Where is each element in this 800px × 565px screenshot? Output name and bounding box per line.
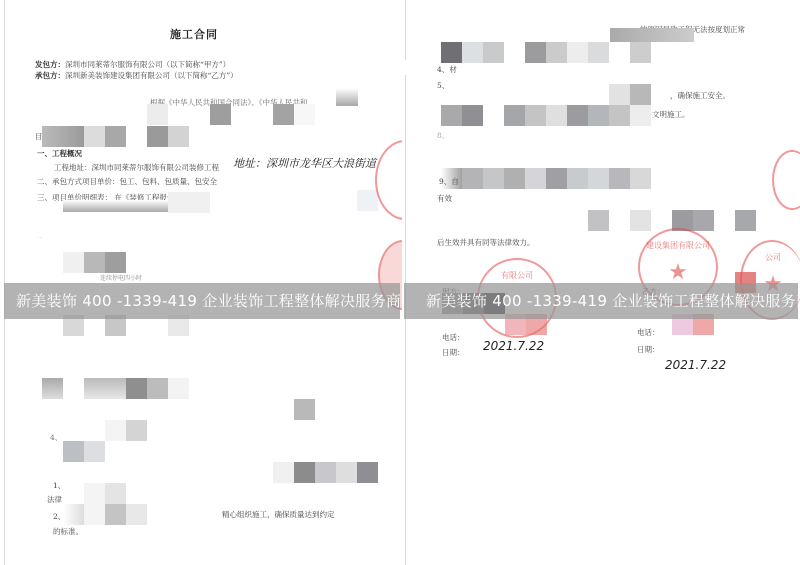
item8: 8、	[437, 131, 449, 141]
redaction-block	[357, 462, 378, 483]
redaction-block	[63, 504, 84, 525]
redaction-block	[105, 126, 126, 147]
seal-star-icon: ★	[640, 260, 716, 285]
redaction-block	[84, 504, 105, 525]
standard-line: 的标准。	[53, 527, 83, 537]
date-label-b: 日期：	[637, 345, 660, 355]
redaction-block	[483, 168, 504, 189]
redaction-block	[126, 378, 147, 399]
redaction-block	[630, 210, 651, 231]
watermark-banner: 新美装饰 400 -1339-419 企业装饰工程整体解决服务商！	[4, 283, 400, 319]
date-label-a: 日期：	[442, 348, 465, 358]
phone-label-b: 电话：	[637, 328, 660, 338]
redaction-block	[294, 104, 315, 125]
redaction-block	[462, 105, 483, 126]
party-a-line: 发包方：深圳市同莱蒂尔服饰有限公司（以下简称“甲方”）	[35, 60, 230, 70]
redaction-block	[63, 441, 84, 462]
redaction-block	[441, 42, 462, 63]
redaction-block	[42, 126, 84, 147]
project-address: 工程地址：深圳市同莱蒂尔服饰有限公司装修工程	[54, 163, 219, 173]
civilized-line: 文明施工。	[652, 110, 690, 120]
redaction-block	[42, 378, 63, 399]
item4: 4、材	[437, 65, 457, 75]
redaction-block	[168, 378, 189, 399]
redaction-block	[147, 104, 168, 125]
redaction-block	[336, 88, 358, 106]
section2: 二、承包方式项目单价：包工、包料、包质量、包安全	[37, 177, 217, 187]
partial-seal-text: 公司	[742, 252, 800, 263]
redaction-block	[504, 168, 525, 189]
redaction-block	[84, 483, 105, 504]
party-b-seal-text: 建设集团有限公司	[640, 240, 716, 251]
redaction-block	[462, 168, 483, 189]
handwritten-address: 地址：深圳市龙华区大浪街道	[233, 155, 376, 171]
redaction-block	[294, 399, 315, 420]
redaction-block	[525, 42, 546, 63]
redaction-block	[126, 420, 147, 441]
redaction-block	[693, 210, 714, 231]
redaction-block	[336, 462, 357, 483]
redaction-block	[84, 378, 126, 399]
redaction-block	[735, 210, 756, 231]
redaction-block	[105, 420, 126, 441]
redaction-block	[525, 105, 546, 126]
party-a-label: 发包方：	[35, 60, 65, 69]
party-a-seal-text: 有限公司	[479, 270, 555, 281]
redaction-block	[609, 105, 630, 126]
redaction-block	[504, 105, 525, 126]
date-value-a: 2021.7.22	[483, 339, 544, 353]
redaction-block	[588, 210, 609, 231]
redaction-block	[546, 168, 567, 189]
redaction-block	[588, 168, 609, 189]
redaction-block	[105, 504, 126, 525]
redaction-block	[441, 105, 462, 126]
redaction-block	[126, 504, 147, 525]
redaction-block	[357, 190, 378, 211]
item5: 5、	[437, 81, 449, 91]
law-fragment: 法律	[47, 495, 62, 505]
redaction-block	[315, 462, 336, 483]
redaction-block	[630, 84, 651, 105]
date-value-b: 2021.7.22	[665, 358, 726, 372]
redaction-block	[609, 168, 630, 189]
party-b-value: 深圳新美装饰建设集团有限公司（以下简称“乙方”）	[65, 71, 238, 80]
redaction-block	[483, 42, 504, 63]
redaction-block	[630, 168, 651, 189]
redaction-block	[105, 483, 126, 504]
safety-line: ，确保施工安全。	[670, 91, 730, 101]
item9: 9、自	[439, 177, 459, 187]
redaction-block	[84, 441, 105, 462]
redaction-block	[84, 126, 105, 147]
faint-fragment: ···	[38, 233, 43, 243]
redaction-block	[567, 168, 588, 189]
page-edge	[405, 0, 406, 60]
contract-title: 施工合同	[170, 30, 218, 40]
redaction-block	[462, 42, 483, 63]
redaction-block	[84, 252, 105, 273]
redaction-block	[147, 378, 168, 399]
item1: 1、	[53, 481, 65, 491]
redaction-block	[147, 126, 168, 147]
effective-text: 有效	[437, 194, 452, 204]
redaction-block	[546, 105, 567, 126]
party-a-value: 深圳市同莱蒂尔服饰有限公司（以下简称“甲方”）	[65, 60, 230, 69]
redaction-block	[294, 462, 315, 483]
redaction-block	[273, 462, 294, 483]
company-seal-partial	[772, 150, 800, 210]
page-edge	[405, 75, 406, 565]
phone-label-a: 电话：	[442, 333, 465, 343]
redaction-block	[546, 42, 567, 63]
redaction-block	[168, 126, 189, 147]
redaction-block	[588, 42, 609, 63]
legal-effect-line: 后生效并具有同等法律效力。	[437, 238, 535, 248]
party-b-label: 承包方：	[35, 71, 65, 80]
redaction-block	[630, 105, 651, 126]
redaction-block	[105, 252, 126, 273]
redaction-block	[567, 42, 588, 63]
redaction-block	[210, 104, 231, 125]
redaction-block	[567, 105, 588, 126]
section1-heading: 一、工程概况	[37, 149, 82, 159]
watermark-banner: 新美装饰 400 -1339-419 企业装饰工程整体解决服务商！	[404, 283, 798, 319]
item4: 4、	[50, 433, 62, 443]
redaction-block	[630, 42, 651, 63]
redaction-block	[63, 252, 84, 273]
redaction-block	[525, 168, 546, 189]
redaction-block	[168, 192, 210, 213]
redaction-block	[610, 28, 694, 42]
party-b-line: 承包方：深圳新美装饰建设集团有限公司（以下简称“乙方”）	[35, 71, 238, 81]
redaction-block	[609, 84, 630, 105]
redaction-block	[273, 104, 294, 125]
redaction-block	[588, 105, 609, 126]
item2-tail: 精心组织施工，确保质量达到约定	[222, 510, 335, 520]
